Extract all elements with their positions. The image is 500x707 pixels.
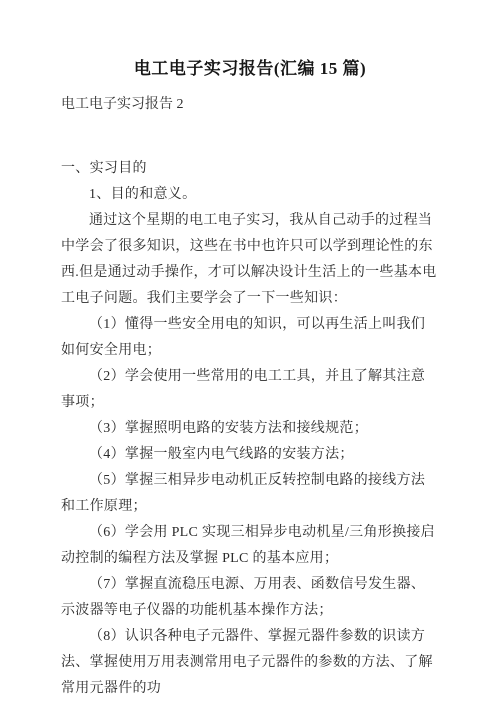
paragraph: （6）学会用 PLC 实现三相异步电动机星/三角形换接启动控制的编程方法及掌握 … <box>61 520 439 572</box>
paragraph: （3）掌握照明电路的安装方法和接线规范； <box>61 416 439 442</box>
paragraph: （8）认识各种电子元器件、掌握元器件参数的识读方法、掌握使用万用表测常用电子元器… <box>61 624 439 702</box>
document-subtitle: 电工电子实习报告 2 <box>61 92 439 118</box>
paragraph: （7）掌握直流稳压电源、万用表、函数信号发生器、示波器等电子仪器的功能机基本操作… <box>61 572 439 624</box>
document-title: 电工电子实习报告(汇编 15 篇) <box>61 56 439 82</box>
paragraph: （1）懂得一些安全用电的知识，可以再生活上叫我们如何安全用电； <box>61 312 439 364</box>
document-body: 一、实习目的1、目的和意义。通过这个星期的电工电子实习，我从自己动手的过程当中学… <box>61 156 439 702</box>
paragraph: （4）掌握一般室内电气线路的安装方法； <box>61 442 439 468</box>
paragraph: 1、目的和意义。 <box>61 182 439 208</box>
paragraph: 一、实习目的 <box>61 156 439 182</box>
paragraph: 通过这个星期的电工电子实习，我从自己动手的过程当中学会了很多知识，这些在书中也许… <box>61 208 439 312</box>
document-page: 电工电子实习报告(汇编 15 篇) 电工电子实习报告 2 一、实习目的1、目的和… <box>0 0 500 707</box>
paragraph: （2）学会使用一些常用的电工工具，并且了解其注意事项； <box>61 364 439 416</box>
paragraph: （5）掌握三相异步电动机正反转控制电路的接线方法和工作原理； <box>61 468 439 520</box>
